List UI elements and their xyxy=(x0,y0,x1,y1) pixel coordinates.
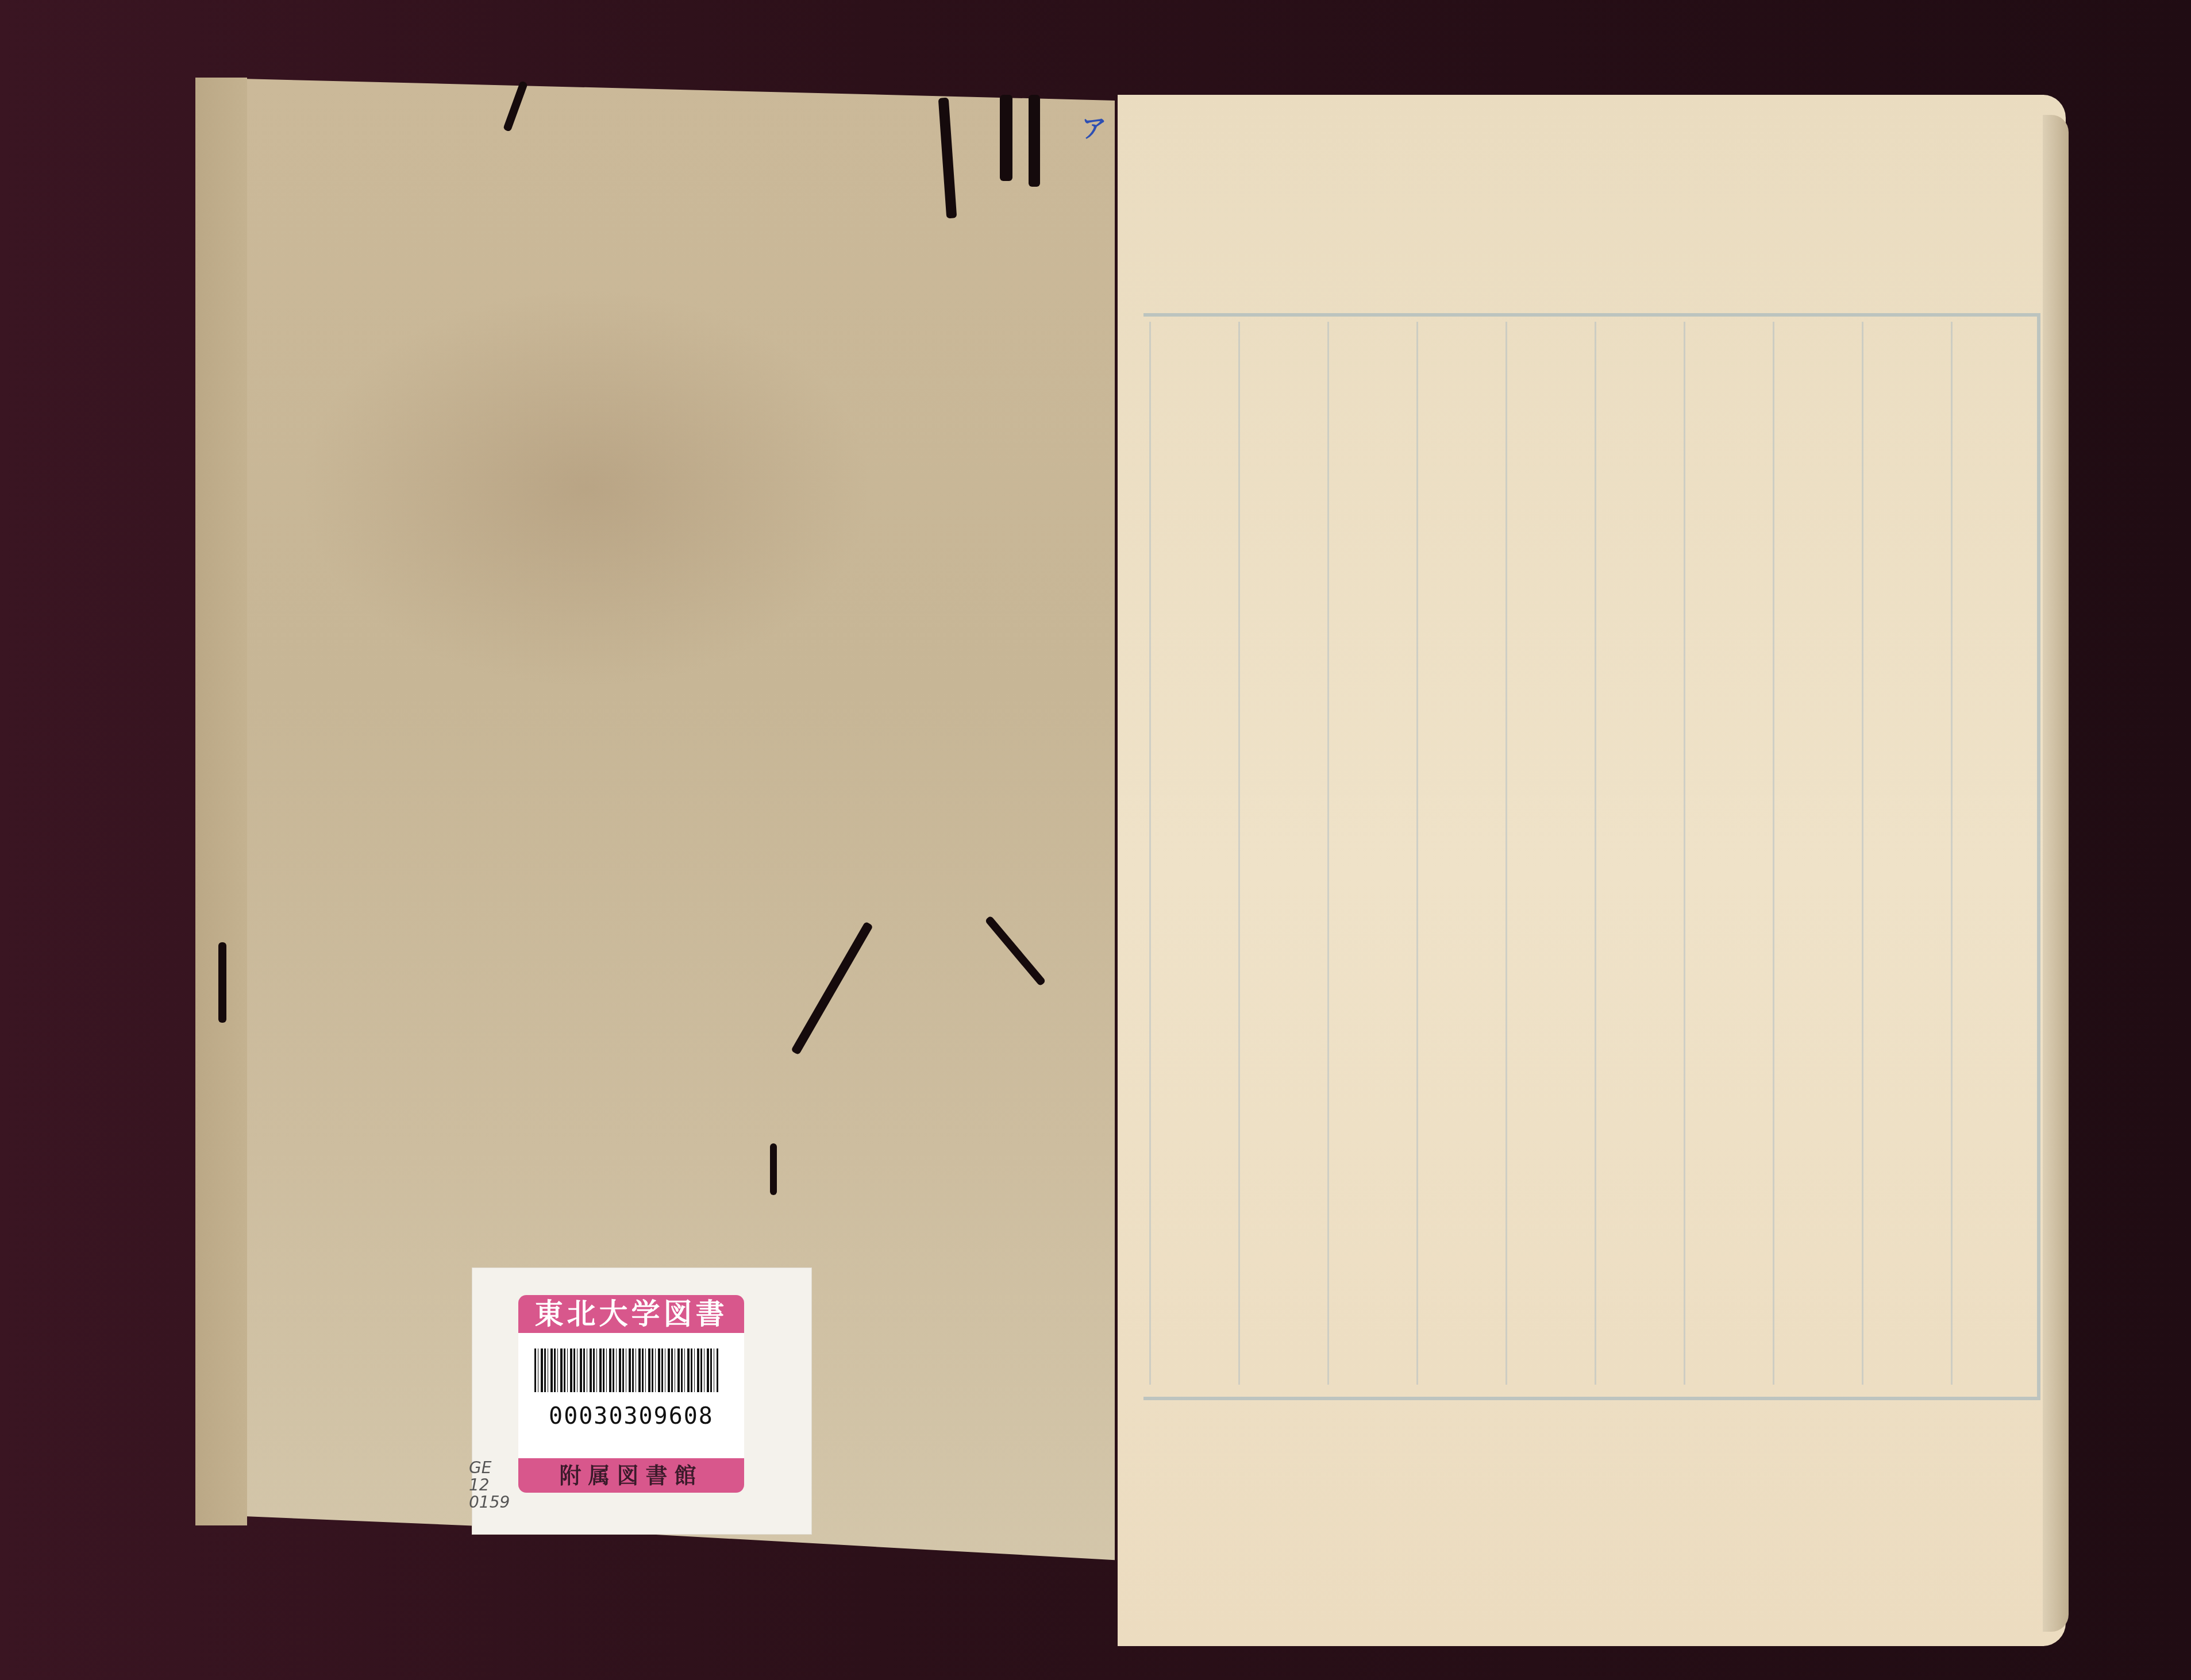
paper-tear xyxy=(770,1143,777,1195)
water-stain xyxy=(299,287,873,689)
call-number-line: 12 xyxy=(469,1477,515,1494)
text-column xyxy=(1149,322,1231,1385)
label-header: 東北大学図書 xyxy=(518,1295,744,1333)
label-footer: 附属図書館 xyxy=(518,1458,744,1493)
label-body: 00030309608 xyxy=(518,1333,744,1458)
barcode xyxy=(534,1348,718,1392)
text-column xyxy=(1951,322,2033,1385)
text-column xyxy=(1595,322,1677,1385)
text-column xyxy=(1505,322,1588,1385)
page-edge xyxy=(2043,115,2069,1632)
call-number-line: 0159 xyxy=(469,1494,515,1511)
call-number-line: GE xyxy=(469,1459,515,1477)
text-column xyxy=(1773,322,1855,1385)
book-spine-strip xyxy=(195,78,247,1525)
barcode-number: 00030309608 xyxy=(518,1403,744,1429)
text-column xyxy=(1862,322,1944,1385)
library-label: 東北大学図書 00030309608 附属図書館 xyxy=(472,1268,811,1534)
cover-mark: ア xyxy=(1081,108,1107,145)
call-number: GE 12 0159 xyxy=(469,1459,515,1511)
text-column xyxy=(1416,322,1499,1385)
paper-tear xyxy=(1000,95,1012,181)
text-column xyxy=(1327,322,1410,1385)
paper-tear xyxy=(1029,95,1040,187)
text-column xyxy=(1238,322,1320,1385)
text-column xyxy=(1684,322,1766,1385)
paper-tear xyxy=(218,942,226,1023)
